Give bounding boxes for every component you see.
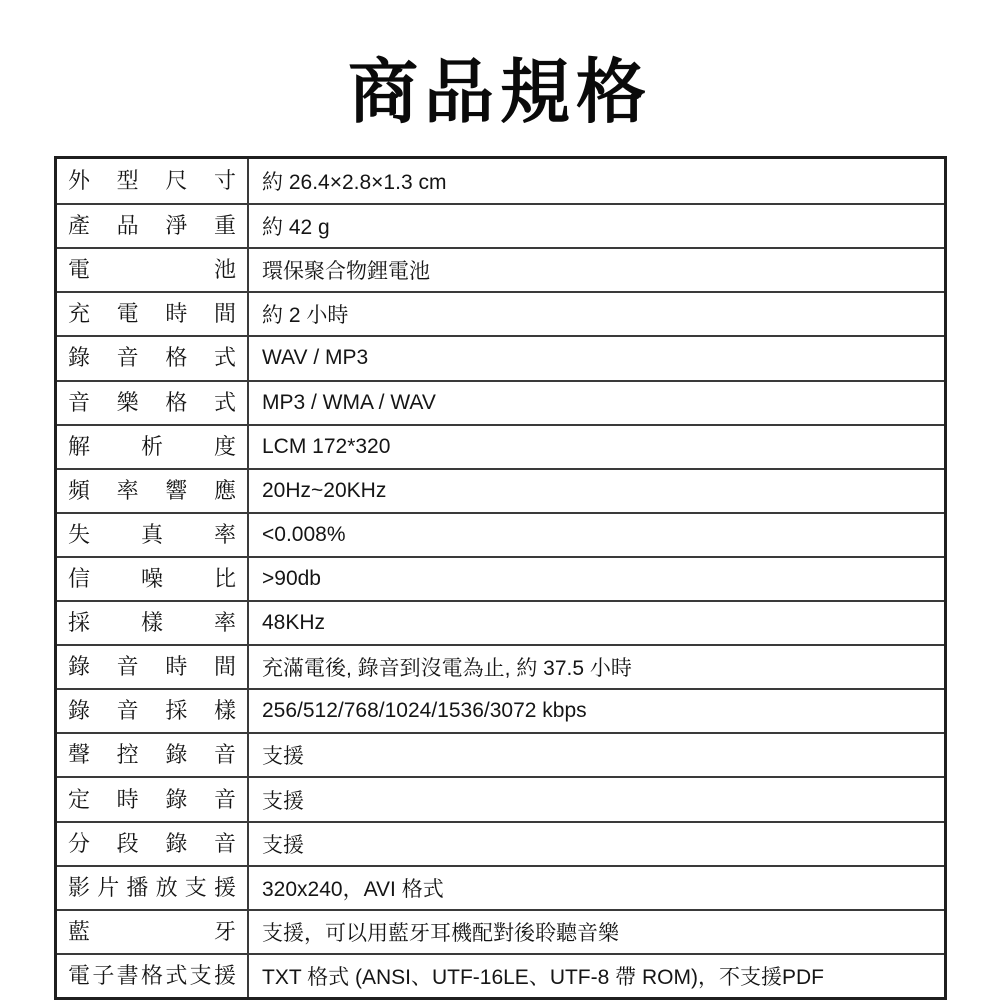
spec-label: 外型尺寸	[68, 170, 236, 192]
spec-label-char: 控	[117, 744, 139, 766]
spec-label-char: 格	[165, 347, 187, 369]
spec-label: 充電時間	[68, 303, 236, 325]
spec-label-char: 間	[214, 656, 236, 678]
spec-label-char: 聲	[68, 744, 90, 766]
spec-label-char: 援	[214, 965, 236, 987]
spec-label-char: 電	[117, 303, 139, 325]
spec-label: 信噪比	[68, 568, 236, 590]
spec-value: >90db	[249, 558, 944, 600]
table-row: 錄音格式 WAV / MP3	[57, 335, 944, 379]
spec-label: 電子書格式支援	[68, 965, 236, 987]
spec-label-char: 片	[97, 877, 119, 899]
spec-label-char: 電	[68, 259, 90, 281]
spec-value: 約 2 小時	[249, 293, 944, 335]
spec-value: TXT 格式 (ANSI、UTF-16LE、UTF-8 帶 ROM)，不支援PD…	[249, 955, 944, 997]
spec-label-char: 率	[117, 480, 139, 502]
spec-label-char: 錄	[165, 833, 187, 855]
spec-label: 聲控錄音	[68, 744, 236, 766]
spec-label-cell: 影片播放支援	[57, 867, 249, 909]
spec-label-char: 解	[68, 436, 90, 458]
spec-label-cell: 產品淨重	[57, 205, 249, 247]
spec-label-char: 產	[68, 215, 90, 237]
spec-value: 約 26.4×2.8×1.3 cm	[249, 159, 944, 203]
table-row: 外型尺寸 約 26.4×2.8×1.3 cm	[57, 159, 944, 203]
table-row: 頻率響應 20Hz~20KHz	[57, 468, 944, 512]
spec-label-char: 音	[117, 656, 139, 678]
spec-label-char: 格	[165, 392, 187, 414]
spec-label-char: 放	[156, 877, 178, 899]
spec-value: 48KHz	[249, 602, 944, 644]
table-row: 定時錄音 支援	[57, 776, 944, 820]
table-row: 採樣率 48KHz	[57, 600, 944, 644]
page-title: 商品規格	[0, 36, 1000, 137]
spec-value: 支援，可以用藍牙耳機配對後聆聽音樂	[249, 911, 944, 953]
spec-label-char: 式	[214, 392, 236, 414]
spec-label: 影片播放支援	[68, 877, 236, 899]
spec-table: 外型尺寸 約 26.4×2.8×1.3 cm 產品淨重 約 42 g 電池 環保…	[54, 156, 947, 1000]
spec-value: 256/512/768/1024/1536/3072 kbps	[249, 690, 944, 732]
spec-value: 320x240，AVI 格式	[249, 867, 944, 909]
spec-label-char: 支	[185, 877, 207, 899]
spec-label-cell: 外型尺寸	[57, 159, 249, 203]
table-row: 信噪比 >90db	[57, 556, 944, 600]
spec-label: 採樣率	[68, 612, 236, 634]
spec-label-cell: 電子書格式支援	[57, 955, 249, 997]
spec-label-char: 寸	[214, 170, 236, 192]
spec-label: 定時錄音	[68, 789, 236, 811]
spec-label: 失真率	[68, 524, 236, 546]
spec-label-char: 外	[68, 170, 90, 192]
spec-label-char: 應	[214, 480, 236, 502]
spec-label-char: 率	[214, 524, 236, 546]
table-row: 電子書格式支援 TXT 格式 (ANSI、UTF-16LE、UTF-8 帶 RO…	[57, 953, 944, 997]
spec-label-char: 式	[214, 347, 236, 369]
spec-label: 錄音採樣	[68, 700, 236, 722]
spec-label-char: 樂	[117, 392, 139, 414]
spec-label-char: 音	[214, 744, 236, 766]
spec-label-char: 析	[141, 436, 163, 458]
spec-label-char: 子	[92, 965, 114, 987]
spec-label-char: 影	[68, 877, 90, 899]
spec-label-char: 支	[190, 965, 212, 987]
spec-label-char: 時	[117, 789, 139, 811]
spec-label-char: 響	[165, 480, 187, 502]
spec-label: 解析度	[68, 436, 236, 458]
spec-label-char: 格	[141, 965, 163, 987]
spec-label-cell: 錄音格式	[57, 337, 249, 379]
table-row: 解析度 LCM 172*320	[57, 424, 944, 468]
spec-label-char: 錄	[68, 347, 90, 369]
spec-label-char: 品	[117, 215, 139, 237]
spec-label-char: 失	[68, 524, 90, 546]
spec-label-char: 頻	[68, 480, 90, 502]
spec-label-char: 音	[68, 392, 90, 414]
table-row: 音樂格式 MP3 / WMA / WAV	[57, 380, 944, 424]
spec-value: 支援	[249, 823, 944, 865]
spec-label-char: 錄	[165, 744, 187, 766]
table-row: 產品淨重 約 42 g	[57, 203, 944, 247]
table-row: 錄音採樣 256/512/768/1024/1536/3072 kbps	[57, 688, 944, 732]
spec-label-char: 定	[68, 789, 90, 811]
spec-label-char: 錄	[165, 789, 187, 811]
table-row: 充電時間 約 2 小時	[57, 291, 944, 335]
spec-value: 支援	[249, 778, 944, 820]
spec-value: 約 42 g	[249, 205, 944, 247]
spec-label: 產品淨重	[68, 215, 236, 237]
spec-label-char: 音	[117, 347, 139, 369]
spec-label-char: 度	[214, 436, 236, 458]
spec-label-char: 間	[214, 303, 236, 325]
spec-label-char: 採	[165, 700, 187, 722]
spec-label-char: 噪	[141, 568, 163, 590]
spec-label: 音樂格式	[68, 392, 236, 414]
spec-label-cell: 電池	[57, 249, 249, 291]
spec-label-char: 樣	[141, 612, 163, 634]
spec-label-char: 樣	[214, 700, 236, 722]
spec-label-cell: 失真率	[57, 514, 249, 556]
spec-label-char: 音	[214, 789, 236, 811]
spec-label-char: 信	[68, 568, 90, 590]
table-row: 電池 環保聚合物鋰電池	[57, 247, 944, 291]
spec-label-char: 充	[68, 303, 90, 325]
spec-label-char: 率	[214, 612, 236, 634]
spec-label-char: 尺	[165, 170, 187, 192]
spec-label: 頻率響應	[68, 480, 236, 502]
spec-label-cell: 分段錄音	[57, 823, 249, 865]
spec-label-char: 錄	[68, 700, 90, 722]
spec-label: 錄音時間	[68, 656, 236, 678]
spec-label-char: 牙	[214, 921, 236, 943]
spec-label-char: 真	[141, 524, 163, 546]
spec-label-char: 採	[68, 612, 90, 634]
table-row: 分段錄音 支援	[57, 821, 944, 865]
spec-label: 錄音格式	[68, 347, 236, 369]
spec-label-char: 電	[68, 965, 90, 987]
spec-label-char: 型	[117, 170, 139, 192]
spec-value: 環保聚合物鋰電池	[249, 249, 944, 291]
spec-label-char: 池	[214, 259, 236, 281]
table-row: 錄音時間 充滿電後, 錄音到沒電為止, 約 37.5 小時	[57, 644, 944, 688]
spec-label-char: 比	[214, 568, 236, 590]
spec-label-char: 播	[126, 877, 148, 899]
table-row: 聲控錄音 支援	[57, 732, 944, 776]
spec-label-char: 淨	[165, 215, 187, 237]
spec-value: <0.008%	[249, 514, 944, 556]
spec-label-char: 時	[165, 656, 187, 678]
spec-value: 20Hz~20KHz	[249, 470, 944, 512]
spec-label-cell: 解析度	[57, 426, 249, 468]
spec-label-cell: 錄音時間	[57, 646, 249, 688]
spec-label-cell: 錄音採樣	[57, 690, 249, 732]
table-row: 藍牙 支援，可以用藍牙耳機配對後聆聽音樂	[57, 909, 944, 953]
spec-label-cell: 定時錄音	[57, 778, 249, 820]
spec-value: LCM 172*320	[249, 426, 944, 468]
spec-label-char: 分	[68, 833, 90, 855]
spec-label-cell: 信噪比	[57, 558, 249, 600]
spec-label-char: 書	[117, 965, 139, 987]
spec-label-cell: 聲控錄音	[57, 734, 249, 776]
spec-label-char: 藍	[68, 921, 90, 943]
spec-label: 電池	[68, 259, 236, 281]
spec-label-char: 段	[117, 833, 139, 855]
spec-value: MP3 / WMA / WAV	[249, 382, 944, 424]
spec-value: 充滿電後, 錄音到沒電為止, 約 37.5 小時	[249, 646, 944, 688]
spec-label-cell: 採樣率	[57, 602, 249, 644]
spec-label-char: 錄	[68, 656, 90, 678]
spec-label-cell: 藍牙	[57, 911, 249, 953]
spec-label-char: 音	[214, 833, 236, 855]
spec-label-char: 時	[165, 303, 187, 325]
spec-value: WAV / MP3	[249, 337, 944, 379]
spec-label-cell: 充電時間	[57, 293, 249, 335]
spec-label-char: 音	[117, 700, 139, 722]
spec-label: 分段錄音	[68, 833, 236, 855]
spec-sheet-page: 商品規格 外型尺寸 約 26.4×2.8×1.3 cm 產品淨重 約 42 g …	[0, 0, 1000, 1000]
spec-label-char: 重	[214, 215, 236, 237]
spec-label-char: 援	[214, 877, 236, 899]
spec-label: 藍牙	[68, 921, 236, 943]
table-row: 失真率 <0.008%	[57, 512, 944, 556]
spec-value: 支援	[249, 734, 944, 776]
spec-label-cell: 音樂格式	[57, 382, 249, 424]
table-row: 影片播放支援 320x240，AVI 格式	[57, 865, 944, 909]
spec-label-cell: 頻率響應	[57, 470, 249, 512]
spec-label-char: 式	[165, 965, 187, 987]
